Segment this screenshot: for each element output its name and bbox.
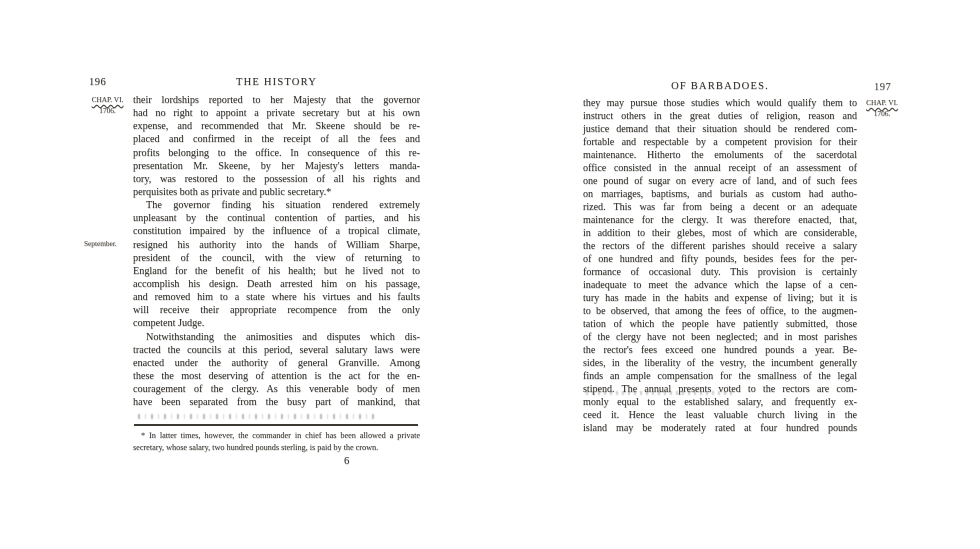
text-line: office consisted in the annual receipt o… [583,162,857,175]
text-line: finds an ample compensation for the smal… [583,370,857,383]
text-line: The governor finding his situation rende… [133,199,420,212]
text-line: they may pursue those studies which woul… [583,97,857,110]
text-line: formance of occasional duty. This provis… [583,266,857,279]
text-line: maintenance. Hitherto the emoluments of … [583,149,857,162]
text-line: will receive their appropriate recompenc… [133,304,420,317]
text-line: and removed him to a state where his vir… [133,291,420,304]
text-line: president of the council, with the view … [133,252,420,265]
text-line: of the clergy have not been neglected; a… [583,331,857,344]
text-line: rized. This was far from being a decent … [583,201,857,214]
text-line: tation of which the people have patientl… [583,318,857,331]
text-line: expense, and recommended that Mr. Skeene… [133,120,420,133]
text-line: in addition to their glebes, most of whi… [583,227,857,240]
text-line: secretary, whose salary, two hundred pou… [133,442,420,454]
paragraph: Notwithstanding the animosities and disp… [133,331,420,410]
page-number-right: 197 [874,82,891,93]
footnote-rule [134,424,418,426]
text-line: maintenance for the clergy. It was there… [583,214,857,227]
margin-note-chapter-left: CHAP. VI. 1706. [85,96,130,116]
margin-note-september: September. [84,240,130,249]
text-line: tury has made in the habits and expense … [583,292,857,305]
chapter-label: CHAP. VI. [866,99,898,108]
signature-mark: 6 [344,456,349,467]
text-line: have been separated from the busy part o… [133,396,420,409]
text-line: constitution impaired by the influence o… [133,225,420,238]
running-header-left: THE HISTORY [133,77,420,88]
text-line: England for the benefit of his health; b… [133,265,420,278]
bleedthrough-smudge-left [138,414,376,419]
text-line: their lordships reported to her Majesty … [133,94,420,107]
text-line: tory, was restored to the possession of … [133,173,420,186]
paragraph: The governor finding his situation rende… [133,199,420,330]
text-line: these the most deserving of attention is… [133,370,420,383]
chapter-year: 1706. [85,107,130,116]
text-line: tracted the councils at this period, sev… [133,344,420,357]
paragraph: * In latter times, however, the commande… [133,430,420,453]
text-line: * In latter times, however, the commande… [133,430,420,442]
paragraph: their lordships reported to her Majesty … [133,94,420,199]
text-line: competent Judge. [133,317,420,330]
footnote-left: * In latter times, however, the commande… [133,430,420,453]
text-line: island may be moderately rated at four h… [583,422,857,435]
bleedthrough-smudge-right [586,391,736,395]
text-line: Notwithstanding the animosities and disp… [133,331,420,344]
text-line: one pound of sugar on every acre of land… [583,175,857,188]
text-line: the rectors of the different parishes sh… [583,240,857,253]
text-line: accomplish his design. Death arrested hi… [133,278,420,291]
text-line: presentation Mr. Skeene, by her Majesty'… [133,160,420,173]
margin-note-chapter-right: CHAP. VI. 1706. [859,99,905,119]
text-line: couragement of the clergy. As this vener… [133,383,420,396]
text-line: monly equal to the established salary, a… [583,396,857,409]
page-body-right: they may pursue those studies which woul… [583,97,857,435]
text-line: placed and confirmed in the receipt of a… [133,133,420,146]
text-line: inadequate to meet the advance which the… [583,279,857,292]
text-line: instruct others in the great duties of r… [583,110,857,123]
text-line: sides, in the liberality of the vestry, … [583,357,857,370]
running-header-right: OF BARBADOES. [583,81,857,92]
text-line: enacted under the authority of general G… [133,357,420,370]
text-line: to be observed, that among the fees of o… [583,305,857,318]
text-line: unpleasant by the continual contention o… [133,212,420,225]
text-line: perquisites both as private and public s… [133,186,420,199]
text-line: resigned his authority into the hands of… [133,239,420,252]
paragraph: they may pursue those studies which woul… [583,97,857,435]
text-line: justice demand that their situation shou… [583,123,857,136]
text-line: had no right to appoint a private secret… [133,107,420,120]
page-number-left: 196 [89,77,106,88]
page-body-left: their lordships reported to her Majesty … [133,94,420,409]
chapter-year: 1706. [859,110,905,119]
book-scan-spread: { "colors": { "ink": "#332f2a", "paper":… [0,0,980,549]
chapter-label: CHAP. VI. [92,96,124,105]
text-line: on marriages, baptisms, and burials as c… [583,188,857,201]
text-line: ceed it. Hence the least valuable church… [583,409,857,422]
text-line: profits belonging to the office. In cons… [133,147,420,160]
text-line: the rector's fees exceed one hundred pou… [583,344,857,357]
text-line: fortable and respectable by a competent … [583,136,857,149]
text-line: of one hundred and fifty pounds, besides… [583,253,857,266]
